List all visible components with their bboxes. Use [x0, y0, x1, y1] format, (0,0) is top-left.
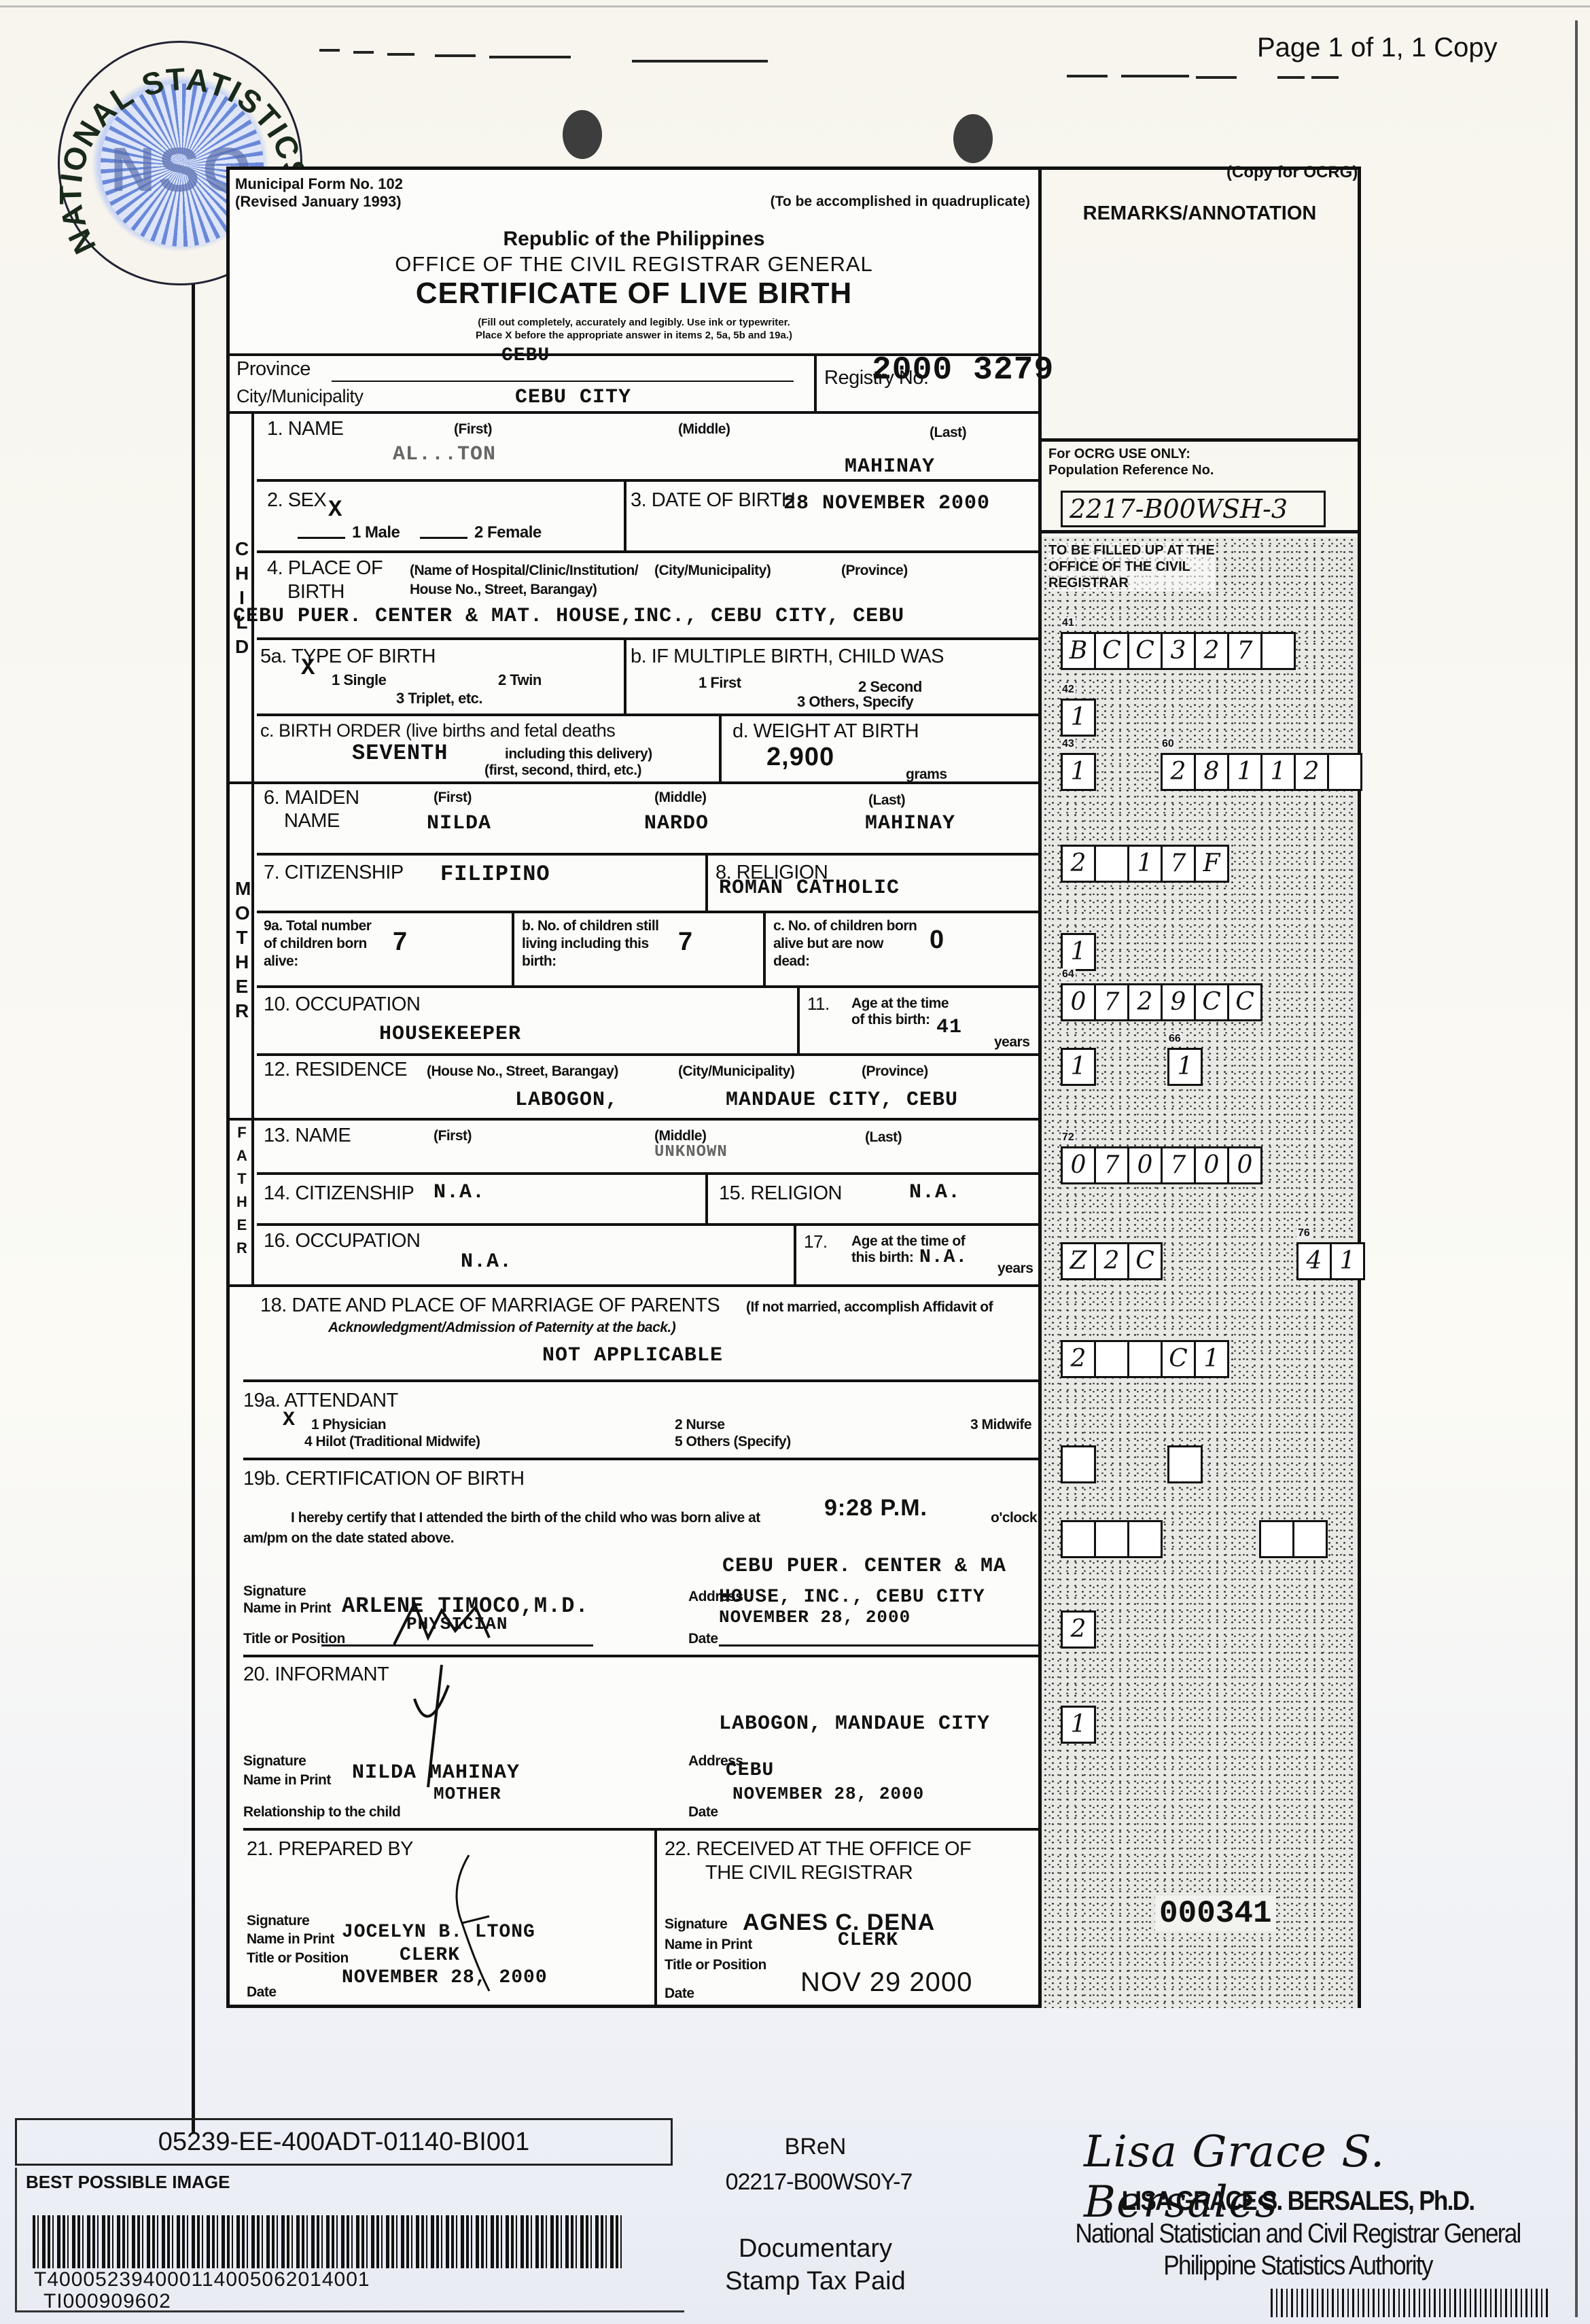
mother-side-label: MOTHER [235, 877, 249, 1023]
code-box-group: 1 [1061, 1706, 1094, 1744]
code-box-group: 1 [1061, 699, 1094, 737]
code-cell [1327, 753, 1362, 791]
population-reference-no: 2217-B00WSH-3 [1061, 491, 1326, 527]
code-box-group: 217F [1061, 845, 1227, 883]
divider [705, 853, 708, 911]
type-of-birth-label: 5a. TYPE OF BIRTH [260, 646, 436, 668]
attendant-label: 19a. ATTENDANT [243, 1390, 398, 1412]
divider [624, 479, 626, 550]
code-cell: 2 [1127, 983, 1163, 1021]
code-box-group: 2 [1061, 1610, 1094, 1649]
birth-certificate-form: Municipal Form No. 102 (Revised January … [226, 166, 1042, 2008]
informant-address-2: CEBU [726, 1760, 774, 1781]
code-cell [1259, 1520, 1294, 1558]
code-cell: 7 [1094, 1146, 1129, 1184]
informant-signature-label: Signature [243, 1753, 306, 1770]
mother-first-name: NILDA [427, 812, 491, 835]
multiple-birth-label: b. IF MULTIPLE BIRTH, CHILD WAS [631, 646, 944, 668]
code-cell: 1 [1167, 1048, 1203, 1086]
father-occupation-label: 16. OCCUPATION [264, 1230, 420, 1252]
divider [243, 1655, 1042, 1657]
code-box-group: 0729CC [1061, 983, 1260, 1021]
checkbox-line [298, 537, 345, 539]
code-cell [1167, 1445, 1203, 1483]
code-box-group: 070700 [1061, 1146, 1260, 1184]
code-box-group [1167, 1445, 1201, 1483]
residence-hint: (City/Municipality) [678, 1063, 794, 1080]
code-box-group: Z2C [1061, 1242, 1161, 1280]
informant-name-label: Name in Print [243, 1772, 331, 1789]
cert-address-2: HOUSE, INC., CEBU CITY [719, 1587, 985, 1608]
divider [257, 1223, 1042, 1226]
code-cell: C [1094, 632, 1129, 670]
mother-occupation: HOUSEKEEPER [379, 1023, 521, 1046]
footer-border [15, 2310, 684, 2312]
received-signature-label: Signature [665, 1916, 727, 1933]
type-mark: X [301, 656, 315, 682]
prepared-signature-label: Signature [247, 1913, 309, 1929]
attendant-option-others[interactable]: 5 Others (Specify) [675, 1434, 791, 1450]
to-be-filled-label: TO BE FILLED UP AT THE OFFICE OF THE CIV… [1048, 542, 1215, 591]
marriage-hint: (If not married, accomplish Affidavit of [746, 1299, 993, 1316]
code-cell: 7 [1161, 845, 1196, 883]
best-image-label: BEST POSSIBLE IMAGE [26, 2172, 230, 2193]
divider [257, 479, 1042, 482]
code-cell: 1 [1061, 699, 1096, 737]
attendant-option-physician[interactable]: 1 Physician [311, 1417, 386, 1433]
page-edge [1575, 20, 1578, 2317]
instructions: (Fill out completely, accurately and leg… [230, 316, 1038, 342]
province-value: CEBU [501, 345, 550, 366]
code-cell [1094, 1520, 1129, 1558]
remarks-title: REMARKS/ANNOTATION [1042, 203, 1358, 225]
sex-mark: X [328, 497, 342, 523]
prepared-label: 21. PREPARED BY [247, 1838, 413, 1861]
code-cell: 1 [1127, 845, 1163, 883]
child-name-label: 1. NAME [267, 418, 344, 440]
code-cell [1094, 1340, 1129, 1378]
divider [489, 56, 571, 58]
mother-age-unit: years [994, 1034, 1029, 1051]
informant-label: 20. INFORMANT [243, 1663, 389, 1686]
pob-hint-province: (Province) [841, 563, 908, 579]
attendant-option-nurse[interactable]: 2 Nurse [675, 1417, 725, 1433]
certification-label: 19b. CERTIFICATION OF BIRTH [243, 1468, 525, 1490]
informant-relationship: MOTHER [434, 1784, 501, 1804]
pob-hint: (Name of Hospital/Clinic/Institution/ [410, 563, 638, 579]
dead-children-value: 0 [930, 926, 944, 955]
weight-label: d. WEIGHT AT BIRTH [732, 720, 919, 743]
code-cell: 2 [1061, 845, 1096, 883]
code-cell: C [1227, 983, 1262, 1021]
mother-citizenship: FILIPINO [440, 862, 550, 887]
pob-label-2: BIRTH [287, 581, 344, 603]
father-age-unit: years [997, 1261, 1033, 1277]
divider [257, 1053, 1042, 1056]
divider [243, 1458, 1042, 1460]
mother-age-value: 41 [936, 1016, 962, 1039]
sex-option-male[interactable]: 1 Male [352, 523, 400, 542]
divider [257, 853, 1042, 856]
remarks-column: REMARKS/ANNOTATION For OCRG USE ONLY: Po… [1042, 166, 1361, 2008]
punch-hole [563, 110, 602, 159]
sex-option-female[interactable]: 2 Female [474, 523, 542, 542]
divider [257, 637, 1042, 640]
page-edge [0, 5, 1590, 7]
prepared-title: CLERK [400, 1945, 460, 1966]
divider [1277, 76, 1305, 79]
child-side-label: CHILD [235, 537, 249, 659]
divider [319, 49, 340, 52]
birth-order-hint: (first, second, third, etc.) [484, 762, 641, 779]
instructions-line: (Fill out completely, accurately and leg… [230, 316, 1038, 329]
received-date: NOV 29 2000 [800, 1967, 972, 1998]
code-cell: 4 [1296, 1242, 1332, 1280]
code-cell: 7 [1094, 983, 1129, 1021]
code-cell: 1 [1194, 1340, 1229, 1378]
received-date-label: Date [665, 1986, 694, 2002]
page-count: Page 1 of 1, 1 Copy [1257, 33, 1498, 63]
child-last-name: MAHINAY [845, 455, 935, 478]
multiple-option-others[interactable]: 3 Others, Specify [797, 693, 913, 711]
code-box-group: 1 [1167, 1048, 1201, 1086]
code-cell: 3 [1161, 632, 1196, 670]
certification-text-2: am/pm on the date stated above. [243, 1530, 454, 1547]
divider [794, 1223, 796, 1284]
divider [814, 353, 817, 411]
code-number: 76 [1296, 1227, 1311, 1239]
code-cell [1061, 1445, 1096, 1483]
type-option-single[interactable]: 1 Single [332, 671, 386, 689]
doc-stamp-line: Stamp Tax Paid [707, 2265, 924, 2297]
code-cell [1260, 632, 1296, 670]
code-cell: 2 [1161, 753, 1196, 791]
type-option-triplet[interactable]: 3 Triplet, etc. [396, 690, 482, 707]
code-cell: 2 [1061, 1340, 1096, 1378]
divider [632, 60, 768, 63]
father-occupation: N.A. [461, 1250, 512, 1273]
code-cell: 1 [1061, 1048, 1096, 1086]
code-cell: 2 [1294, 753, 1329, 791]
received-label: 22. RECEIVED AT THE OFFICE OF [665, 1838, 971, 1861]
informant-date-label: Date [688, 1804, 718, 1820]
middle-hint: (Middle) [654, 1128, 706, 1144]
father-name: UNKNOWN [654, 1143, 728, 1161]
instructions-line: Place X before the appropriate answer in… [230, 329, 1038, 342]
received-label-2: THE CIVIL REGISTRAR [705, 1862, 913, 1884]
code-cell: 0 [1061, 983, 1096, 1021]
marriage-label: 18. DATE AND PLACE OF MARRIAGE OF PARENT… [260, 1295, 720, 1317]
informant-name: NILDA MAHINAY [352, 1761, 520, 1784]
registrar-name: LISA GRACE S. BERSALES, Ph.D. [1106, 2186, 1489, 2217]
fold-line [192, 149, 195, 2134]
code-cell: Z [1061, 1242, 1096, 1280]
code-number: 42 [1061, 684, 1076, 696]
dob-label: 3. DATE OF BIRTH [631, 489, 795, 512]
last-hint: (Last) [865, 1129, 902, 1146]
maiden-label-2: NAME [284, 810, 340, 832]
code-cell [1292, 1520, 1328, 1558]
last-hint: (Last) [868, 792, 905, 809]
residence-label: 12. RESIDENCE [264, 1059, 407, 1081]
cert-name-label: Name in Print [243, 1600, 331, 1617]
serial-number: 000341 [1155, 1896, 1276, 1931]
line [321, 1644, 593, 1647]
sex-label: 2. SEX [267, 489, 326, 512]
attendant-option-hilot[interactable]: 4 Hilot (Traditional Midwife) [304, 1434, 480, 1450]
code-box-group: 1 [1061, 1048, 1094, 1086]
informant-date: NOVEMBER 28, 2000 [732, 1784, 924, 1804]
code-number: 64 [1061, 968, 1076, 981]
control-number: 05239-EE-400ADT-01140-BI001 [15, 2118, 673, 2166]
informant-relationship-label: Relationship to the child [243, 1804, 400, 1820]
certificate-title: CERTIFICATE OF LIVE BIRTH [230, 277, 1038, 311]
code-cell: 9 [1161, 983, 1196, 1021]
form-header: Republic of the Philippines OFFICE OF TH… [230, 228, 1038, 342]
line [719, 1644, 1038, 1647]
maiden-label: 6. MAIDEN [264, 787, 359, 809]
divider [435, 54, 476, 57]
code-cell [1127, 1340, 1163, 1378]
birth-order-hint: including this delivery) [505, 746, 652, 762]
code-cell: 2 [1194, 632, 1229, 670]
code-cell: 1 [1260, 753, 1296, 791]
attendant-mark: X [283, 1409, 296, 1432]
code-cell: 8 [1194, 753, 1229, 791]
quadruplicate-note: (To be accomplished in quadruplicate) [771, 194, 1030, 210]
divider [387, 53, 414, 56]
birth-order-value: SEVENTH [352, 741, 448, 766]
tbf-line: OFFICE OF THE CIVIL [1048, 559, 1215, 575]
divider [705, 1172, 708, 1223]
father-age-value: N.A. [919, 1247, 968, 1268]
code-number: 41 [1061, 617, 1076, 629]
dob-value: 28 NOVEMBER 2000 [783, 492, 990, 515]
prepared-name-label: Name in Print [247, 1931, 334, 1948]
cert-address-1: CEBU PUER. CENTER & MA [722, 1555, 1006, 1578]
divider [230, 411, 1042, 414]
registry-value: 2000 3279 [872, 352, 1054, 389]
residence-city: MANDAUE CITY, CEBU [726, 1089, 958, 1112]
code-cell: 0 [1127, 1146, 1163, 1184]
code-cell: 2 [1061, 1610, 1096, 1649]
code-cell: F [1194, 845, 1229, 883]
residence-barangay: LABOGON, [515, 1089, 618, 1112]
code-number: 60 [1161, 738, 1176, 750]
code-box-group: BCC327 [1061, 632, 1294, 670]
father-side-label: FATHER [235, 1121, 249, 1260]
divider [243, 1828, 1042, 1831]
cert-date: NOVEMBER 28, 2000 [719, 1607, 911, 1627]
mother-last-name: MAHINAY [865, 812, 955, 835]
footer-border [15, 2168, 17, 2310]
barcode-number: T400052394000114005062014001 [34, 2268, 370, 2291]
code-number: 72 [1061, 1131, 1076, 1144]
pob-hint-city: (City/Municipality) [654, 563, 771, 579]
code-number: 66 [1167, 1033, 1182, 1045]
divider [353, 51, 374, 54]
cert-signature-label: Signature [243, 1583, 306, 1600]
received-title: CLERK [838, 1930, 898, 1951]
doc-stamp-tax: Documentary Stamp Tax Paid [707, 2232, 924, 2297]
ocrg-reference-box: For OCRG USE ONLY: Population Reference … [1042, 438, 1358, 533]
divider [257, 985, 1042, 988]
father-citizenship: N.A. [434, 1181, 485, 1204]
barcode-icon [33, 2215, 625, 2268]
last-hint: (Last) [930, 425, 966, 441]
father-religion-label: 15. RELIGION [719, 1182, 842, 1205]
certification-text: I hereby certify that I attended the bir… [291, 1510, 760, 1526]
barcode-icon [1271, 2289, 1549, 2317]
punch-hole [953, 114, 993, 163]
ocrg-label-line: Population Reference No. [1048, 462, 1214, 478]
code-number: 43 [1061, 738, 1076, 750]
divider [332, 381, 794, 382]
living-children-label: b. No. of children still living includin… [522, 917, 671, 970]
divider [243, 1379, 1042, 1382]
middle-hint: (Middle) [654, 790, 706, 806]
middle-hint: (Middle) [678, 421, 730, 438]
tbf-line: TO BE FILLED UP AT THE [1048, 542, 1215, 559]
first-hint: (First) [454, 421, 492, 438]
code-box-group: 41 [1296, 1242, 1363, 1280]
code-box-group [1061, 1520, 1161, 1558]
code-cell: C [1127, 1242, 1163, 1280]
code-cell: 1 [1061, 933, 1096, 971]
residence-hint: (House No., Street, Barangay) [427, 1063, 618, 1080]
residence-hint: (Province) [862, 1063, 928, 1080]
weight-value: 2,900 [766, 743, 834, 772]
code-box-group: 1 [1061, 753, 1094, 791]
father-name-label: 13. NAME [264, 1125, 351, 1147]
mother-occupation-label: 10. OCCUPATION [264, 993, 420, 1016]
registrar-title: National Statistician and Civil Registra… [1053, 2219, 1543, 2249]
multiple-option-first[interactable]: 1 First [699, 674, 741, 692]
barcode-sub-number: TI000909602 [43, 2290, 171, 2313]
marriage-value: NOT APPLICABLE [542, 1344, 723, 1367]
registrar-org: Philippine Statistics Authority [1089, 2251, 1507, 2281]
divider [230, 1118, 1042, 1121]
living-children-value: 7 [678, 928, 693, 957]
divider [1067, 75, 1108, 77]
prepared-date: NOVEMBER 28, 2000 [342, 1967, 548, 1988]
code-cell [1127, 1520, 1163, 1558]
mother-citizenship-label: 7. CITIZENSHIP [264, 862, 404, 884]
divider [230, 781, 1042, 784]
child-first-name: AL...TON [393, 443, 496, 466]
father-citizenship-label: 14. CITIZENSHIP [264, 1182, 414, 1205]
marriage-hint: Acknowledgment/Admission of Paternity at… [328, 1320, 675, 1336]
prepared-title-label: Title or Position [247, 1950, 349, 1967]
pob-hint: House No., Street, Barangay) [410, 582, 597, 598]
form-no-text: Municipal Form No. 102 [235, 175, 403, 193]
code-cell: 1 [1227, 753, 1262, 791]
republic-heading: Republic of the Philippines [230, 228, 1038, 251]
ocrg-label-line: For OCRG USE ONLY: [1048, 446, 1214, 462]
code-cell: 1 [1330, 1242, 1365, 1280]
bren-code: 02217-B00WS0Y-7 [710, 2169, 927, 2196]
divider [1121, 75, 1189, 77]
doc-stamp-line: Documentary [707, 2232, 924, 2265]
code-box-group [1061, 1445, 1094, 1483]
mother-religion: ROMAN CATHOLIC [719, 877, 900, 900]
mother-middle-name: NARDO [644, 812, 709, 835]
cert-date-label: Date [688, 1631, 718, 1647]
divider [624, 637, 626, 714]
mother-age-num: 11. [807, 993, 830, 1015]
office-heading: OFFICE OF THE CIVIL REGISTRAR GENERAL [230, 252, 1038, 277]
tbf-line: REGISTRAR [1048, 575, 1215, 591]
code-cell [1094, 845, 1129, 883]
divider [257, 1172, 1042, 1175]
divider [257, 714, 1042, 716]
attendant-option-midwife[interactable]: 3 Midwife [970, 1417, 1031, 1433]
birth-order-label: c. BIRTH ORDER (live births and fetal de… [260, 720, 615, 741]
divider [1196, 76, 1237, 79]
pob-value: CEBU PUER. CENTER & MAT. HOUSE,INC., CEB… [233, 605, 904, 628]
dead-children-label: c. No. of children born alive but are no… [773, 917, 923, 970]
code-box-group [1259, 1520, 1326, 1558]
prepared-date-label: Date [247, 1984, 277, 2001]
informant-address-1: LABOGON, MANDAUE CITY [719, 1712, 990, 1736]
code-cell: 1 [1061, 1706, 1096, 1744]
divider [719, 714, 722, 781]
first-hint: (First) [434, 1128, 472, 1144]
father-religion: N.A. [909, 1181, 961, 1204]
weight-unit: grams [906, 767, 947, 783]
prepared-name: JOCELYN B. LTONG [342, 1922, 535, 1943]
code-box-group: 28112 [1161, 753, 1360, 791]
divider [763, 911, 766, 985]
code-cell: 0 [1227, 1146, 1262, 1184]
birth-time: 9:28 P.M. [824, 1495, 927, 1521]
father-age-num: 17. [804, 1231, 828, 1252]
divider [797, 985, 800, 1053]
city-label: City/Municipality [236, 386, 364, 407]
code-cell: C [1161, 1340, 1196, 1378]
form-number: Municipal Form No. 102 (Revised January … [235, 175, 403, 211]
code-cell: C [1127, 632, 1163, 670]
received-name-label: Name in Print [665, 1937, 752, 1953]
pob-label: 4. PLACE OF [267, 557, 383, 580]
oclock-label: o'clock [991, 1510, 1037, 1526]
received-title-label: Title or Position [665, 1957, 766, 1973]
type-option-twin[interactable]: 2 Twin [498, 671, 542, 689]
code-cell: 7 [1227, 632, 1262, 670]
total-children-label: 9a. Total number of children born alive: [264, 917, 386, 970]
checkbox-line [420, 537, 467, 539]
divider [257, 911, 1042, 913]
code-box-group: 1 [1061, 933, 1094, 971]
divider [230, 1284, 1042, 1287]
ocrg-label: For OCRG USE ONLY: Population Reference … [1048, 446, 1214, 478]
total-children-value: 7 [393, 928, 408, 957]
divider [1311, 76, 1339, 79]
city-value: CEBU CITY [515, 386, 631, 409]
code-cell [1061, 1520, 1096, 1558]
code-cell: 0 [1194, 1146, 1229, 1184]
divider [512, 911, 514, 985]
code-cell: 7 [1161, 1146, 1196, 1184]
code-box-group: 2C1 [1061, 1340, 1227, 1378]
code-cell: 0 [1061, 1146, 1096, 1184]
form-revised-text: (Revised January 1993) [235, 193, 403, 211]
cert-physician-title: PHYSICIAN [406, 1614, 508, 1634]
divider [654, 1828, 657, 2008]
code-cell: B [1061, 632, 1096, 670]
code-cell: 1 [1061, 753, 1096, 791]
divider [257, 550, 1042, 553]
